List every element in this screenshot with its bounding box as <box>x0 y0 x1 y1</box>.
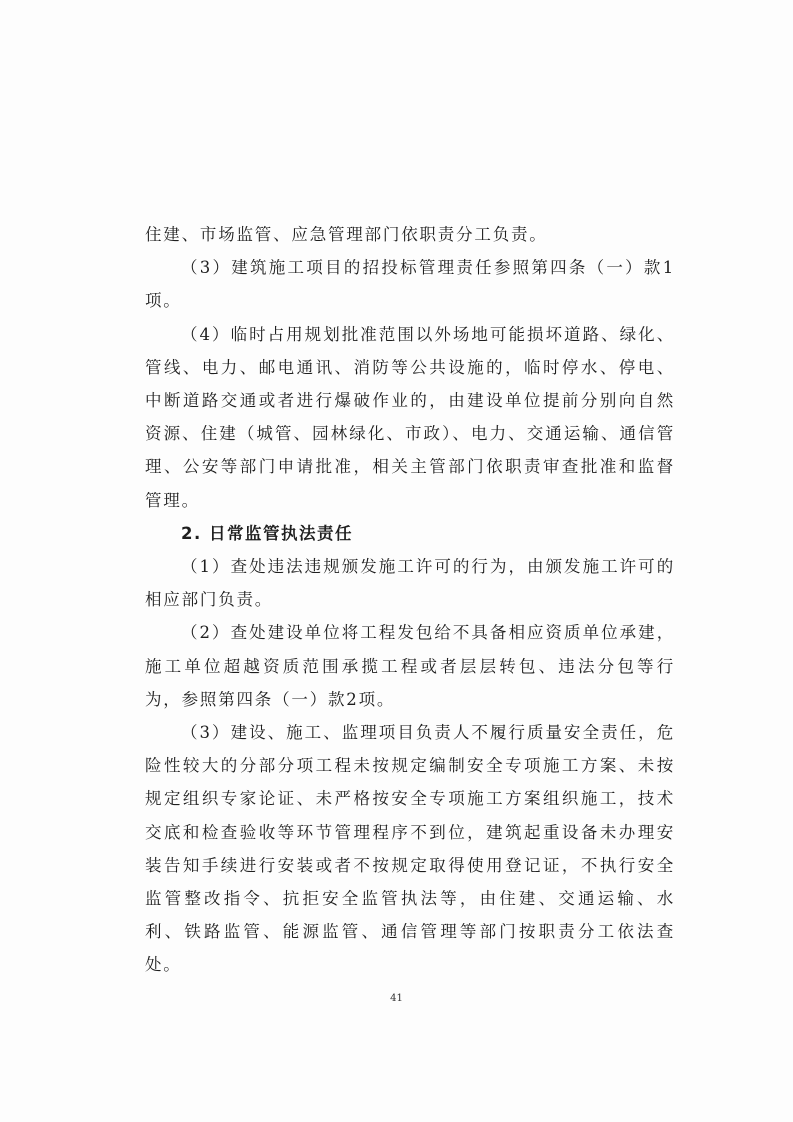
paragraph-item-4-temporary-occupation: （4）临时占用规划批准范围以外场地可能损坏道路、绿化、管线、电力、邮电通讯、消防… <box>145 318 675 517</box>
document-body: 住建、市场监管、应急管理部门依职责分工负责。 （3）建筑施工项目的招投标管理责任… <box>145 218 675 982</box>
paragraph-item-3-bidding: （3）建筑施工项目的招投标管理责任参照第四条（一）款1项。 <box>145 251 675 317</box>
paragraph-item-1-permit-violations: （1）查处违法违规颁发施工许可的行为，由颁发施工许可的相应部门负责。 <box>145 550 675 616</box>
page-number: 41 <box>0 993 793 1004</box>
paragraph-continuation: 住建、市场监管、应急管理部门依职责分工负责。 <box>145 218 675 251</box>
paragraph-item-2-qualification-violations: （2）查处建设单位将工程发包给不具备相应资质单位承建，施工单位超越资质范围承揽工… <box>145 616 675 716</box>
paragraph-item-3-safety-responsibility: （3）建设、施工、监理项目负责人不履行质量安全责任，危险性较大的分部分项工程未按… <box>145 716 675 982</box>
document-page: 住建、市场监管、应急管理部门依职责分工负责。 （3）建筑施工项目的招投标管理责任… <box>0 0 793 1122</box>
section-heading-daily-supervision: 2. 日常监管执法责任 <box>145 517 675 550</box>
